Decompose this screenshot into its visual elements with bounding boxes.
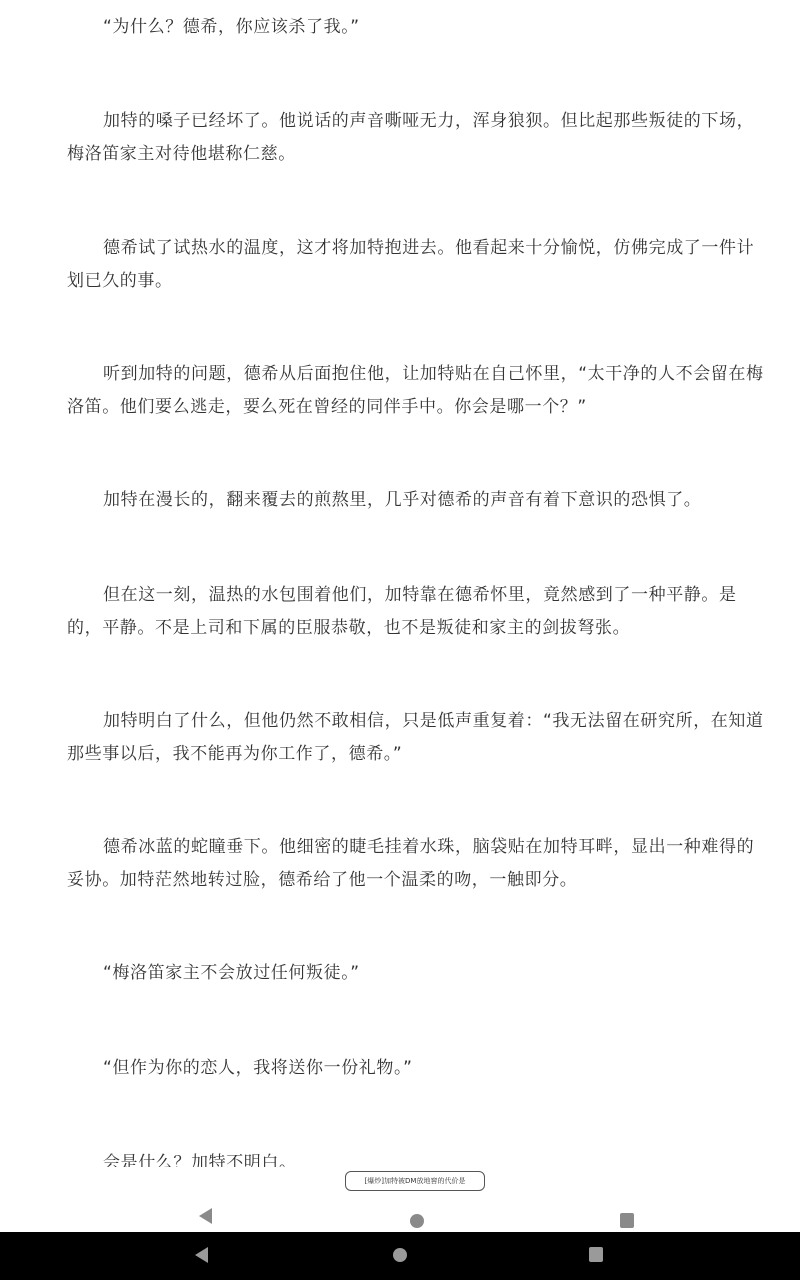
paragraph: 会是什么？加特不明白。: [67, 1147, 767, 1167]
app-navigation-bar: [0, 1200, 800, 1232]
paragraph: 加特的嗓子已经坏了。他说话的声音嘶哑无力，浑身狼狈。但比起那些叛徒的下场，梅洛笛…: [67, 105, 767, 171]
chapter-title-pill[interactable]: [爆炒]加特被DM放地窖的代价是: [345, 1171, 485, 1191]
back-icon[interactable]: [199, 1208, 212, 1224]
system-navigation-bar: [0, 1232, 800, 1280]
paragraph: 加特明白了什么，但他仍然不敢相信，只是低声重复着：“我无法留在研究所，在知道那些…: [67, 705, 767, 771]
paragraph: 加特在漫长的，翻来覆去的煎熬里，几乎对德希的声音有着下意识的恐惧了。: [67, 484, 767, 517]
paragraph: 听到加特的问题，德希从后面抱住他，让加特贴在自己怀里，“太干净的人不会留在梅洛笛…: [67, 358, 767, 424]
paragraph: “梅洛笛家主不会放过任何叛徒。”: [67, 957, 767, 990]
recents-icon[interactable]: [589, 1247, 603, 1262]
paragraph: “但作为你的恋人，我将送你一份礼物。”: [67, 1052, 767, 1085]
chapter-title-label: [爆炒]加特被DM放地窖的代价是: [365, 1176, 466, 1186]
home-icon[interactable]: [410, 1214, 424, 1228]
recents-icon[interactable]: [620, 1213, 634, 1228]
paragraph: 德希试了试热水的温度，这才将加特抱进去。他看起来十分愉悦，仿佛完成了一件计划已久…: [67, 232, 767, 298]
home-icon[interactable]: [393, 1248, 407, 1262]
paragraph: 但在这一刻，温热的水包围着他们，加特靠在德希怀里，竟然感到了一种平静。是的，平静…: [67, 579, 767, 645]
paragraph: “为什么？德希，你应该杀了我。”: [67, 11, 767, 44]
reader-page[interactable]: “为什么？德希，你应该杀了我。” 加特的嗓子已经坏了。他说话的声音嘶哑无力，浑身…: [0, 0, 800, 1167]
paragraph: 德希冰蓝的蛇瞳垂下。他细密的睫毛挂着水珠，脑袋贴在加特耳畔，显出一种难得的妥协。…: [67, 831, 767, 897]
back-icon[interactable]: [195, 1247, 208, 1263]
